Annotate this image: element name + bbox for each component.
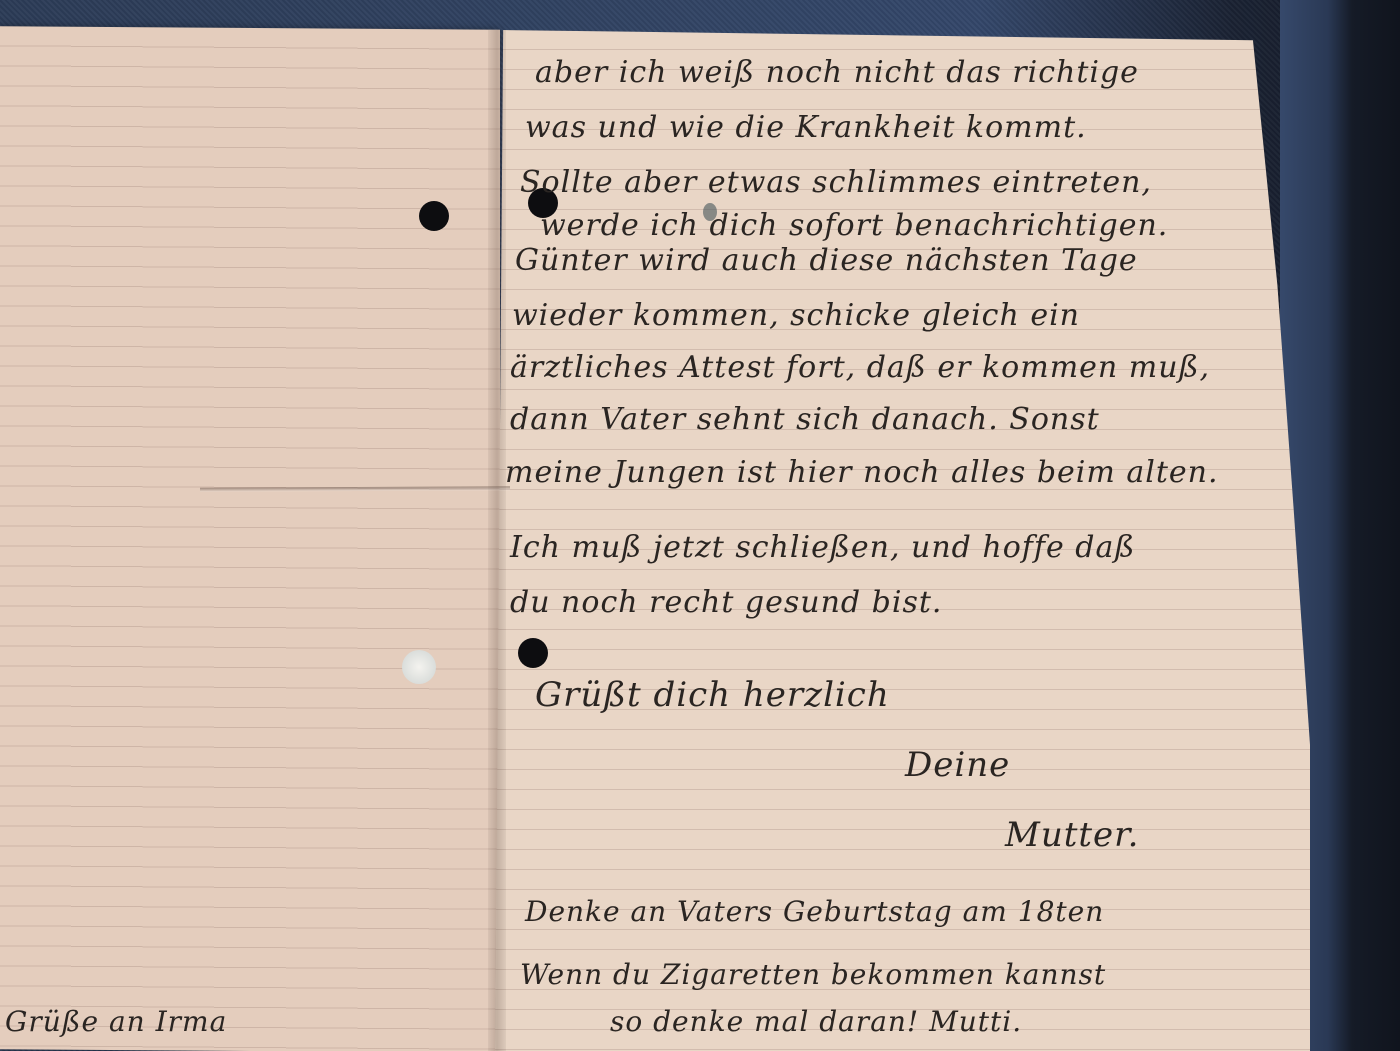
left-page (0, 26, 500, 1051)
postscript-line: Denke an Vaters Geburtstag am 18ten (525, 895, 1104, 928)
letter-line: ärztliches Attest fort, daß er kommen mu… (510, 350, 1210, 385)
letter-line: aber ich weiß noch nicht das richtige (535, 55, 1139, 90)
letter-line: meine Jungen ist hier noch alles beim al… (505, 455, 1219, 490)
left-page-margin-note: Grüße an Irma (5, 1005, 227, 1038)
letter-line: was und wie die Krankheit kommt. (525, 110, 1087, 145)
closing-deine: Deine (905, 745, 1010, 785)
letter-line: Günter wird auch diese nächsten Tage (515, 243, 1138, 278)
letter-line: Sollte aber etwas schlimmes eintreten, (520, 165, 1152, 200)
letter-line: dann Vater sehnt sich danach. Sonst (510, 402, 1100, 437)
punch-hole (402, 650, 436, 684)
punch-hole (419, 201, 449, 231)
letter-line: du noch recht gesund bist. (510, 585, 942, 620)
postscript-line: so denke mal daran! Mutti. (610, 1005, 1022, 1038)
closing-greeting: Grüßt dich herzlich (535, 675, 890, 715)
punch-hole (518, 638, 548, 668)
letter-line: Ich muß jetzt schließen, und hoffe daß (510, 530, 1135, 565)
letter-line: werde ich dich sofort benachrichtigen. (540, 208, 1168, 243)
signature-mutter: Mutter. (1005, 815, 1139, 855)
postscript-line: Wenn du Zigaretten bekommen kannst (520, 958, 1106, 991)
letter-line: wieder kommen, schicke gleich ein (512, 298, 1080, 333)
page-gutter (488, 30, 506, 1051)
